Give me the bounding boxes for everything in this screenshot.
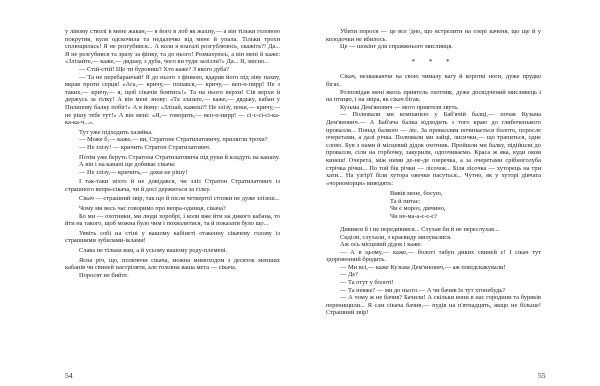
paragraph: І так-таки ніхто й не довідався, чи зліз… [65, 178, 280, 193]
paragraph: — Не злізу! — кричить Стратон Стратилато… [65, 144, 280, 152]
paragraph: Убити порося — це все 'дно, що встрелити… [326, 28, 541, 43]
paragraph: Уявіть собі на стіні у вашому кабінеті о… [65, 230, 280, 245]
page-number-left: 54 [65, 371, 73, 380]
paragraph: у лівому стволі в мене жакан,— я його в … [65, 28, 280, 66]
paragraph: Поросят не бийте. [65, 272, 280, 280]
right-page: Убити порося — це все 'дно, що встрелити… [326, 28, 541, 317]
paragraph: — Та отут у болоті! [326, 279, 541, 287]
left-page: у лівому стволі в мене жакан,— я його в … [65, 28, 280, 279]
page-number-right: 55 [538, 371, 546, 380]
paragraph: Дивився б і не передивився... Слухав би … [326, 226, 541, 234]
paragraph: А він і на канапі ще добиває сікача: [65, 161, 280, 169]
paragraph: — А в цьому,— каже,— болоті табун диких … [326, 249, 541, 264]
paragraph: Розповідав мені якось приятель охотник, … [326, 89, 541, 104]
paragraph: — А чому ж не бачив? Бачили! А скільки в… [326, 294, 541, 317]
paragraph: — Ми всі,— каже Кузьма Дем'янович,— аж п… [326, 264, 541, 272]
paragraph: — Не злізу,— кричить,— доки не рішу! [65, 169, 280, 177]
paragraph: Сікач, незважаючи на свою чималу вагу й … [326, 73, 541, 88]
paragraph: Чому ми весь час говоримо про вепра-один… [65, 205, 280, 213]
paragraph: Слава не тільки вам, а й усьому вашому р… [65, 247, 280, 255]
verse-line: Чи не-ма-а-є-є-є? [390, 213, 541, 220]
paragraph: Це — шокінг для справжнього мисливця. [326, 43, 541, 51]
paragraph: — Може б,— каже,— ви, Стратоне Стратилат… [65, 136, 280, 144]
paragraph: Аж ось місцевий дідок і каже: [326, 241, 541, 249]
paragraph: — Та невже? — ми до нього.— А чи бачив ї… [326, 287, 541, 295]
paragraph: Кузьма Дем'янович — мого приятеля звуть. [326, 104, 541, 112]
paragraph: — Де? [326, 271, 541, 279]
paragraph: Сікач — страшний звір, так що й після че… [65, 195, 280, 203]
verse: Вивів мене, босую, Та й питає: Чи є моро… [390, 190, 541, 220]
paragraph: — Стій-стій! Що ти буровиш? Хто каже? З … [65, 66, 280, 74]
verse-line: Вивів мене, босую, [390, 190, 541, 197]
paragraph: Тут уже підходить хазяйка. [65, 129, 280, 137]
paragraph: Ясна річ, що, полюючи сікача, можна мимо… [65, 257, 280, 272]
paragraph: Потім уже беруть Стратона Стратилатовича… [65, 154, 280, 162]
paragraph: — Та не перебаранчай! Я до нього з фінко… [65, 74, 280, 127]
paragraph: — Полювали ми компанією у Баб'ячій балці… [326, 111, 541, 187]
verse-line: Чи є мороз, дівчино, [390, 205, 541, 212]
paragraph: Сиділи, слухали, з краєвиду милувалися. [326, 234, 541, 242]
section-break: * * * [326, 59, 541, 67]
verse-line: Та й питає: [390, 198, 541, 205]
paragraph: Бо ми — охотники, ми люди хоробрі, і кол… [65, 213, 280, 228]
